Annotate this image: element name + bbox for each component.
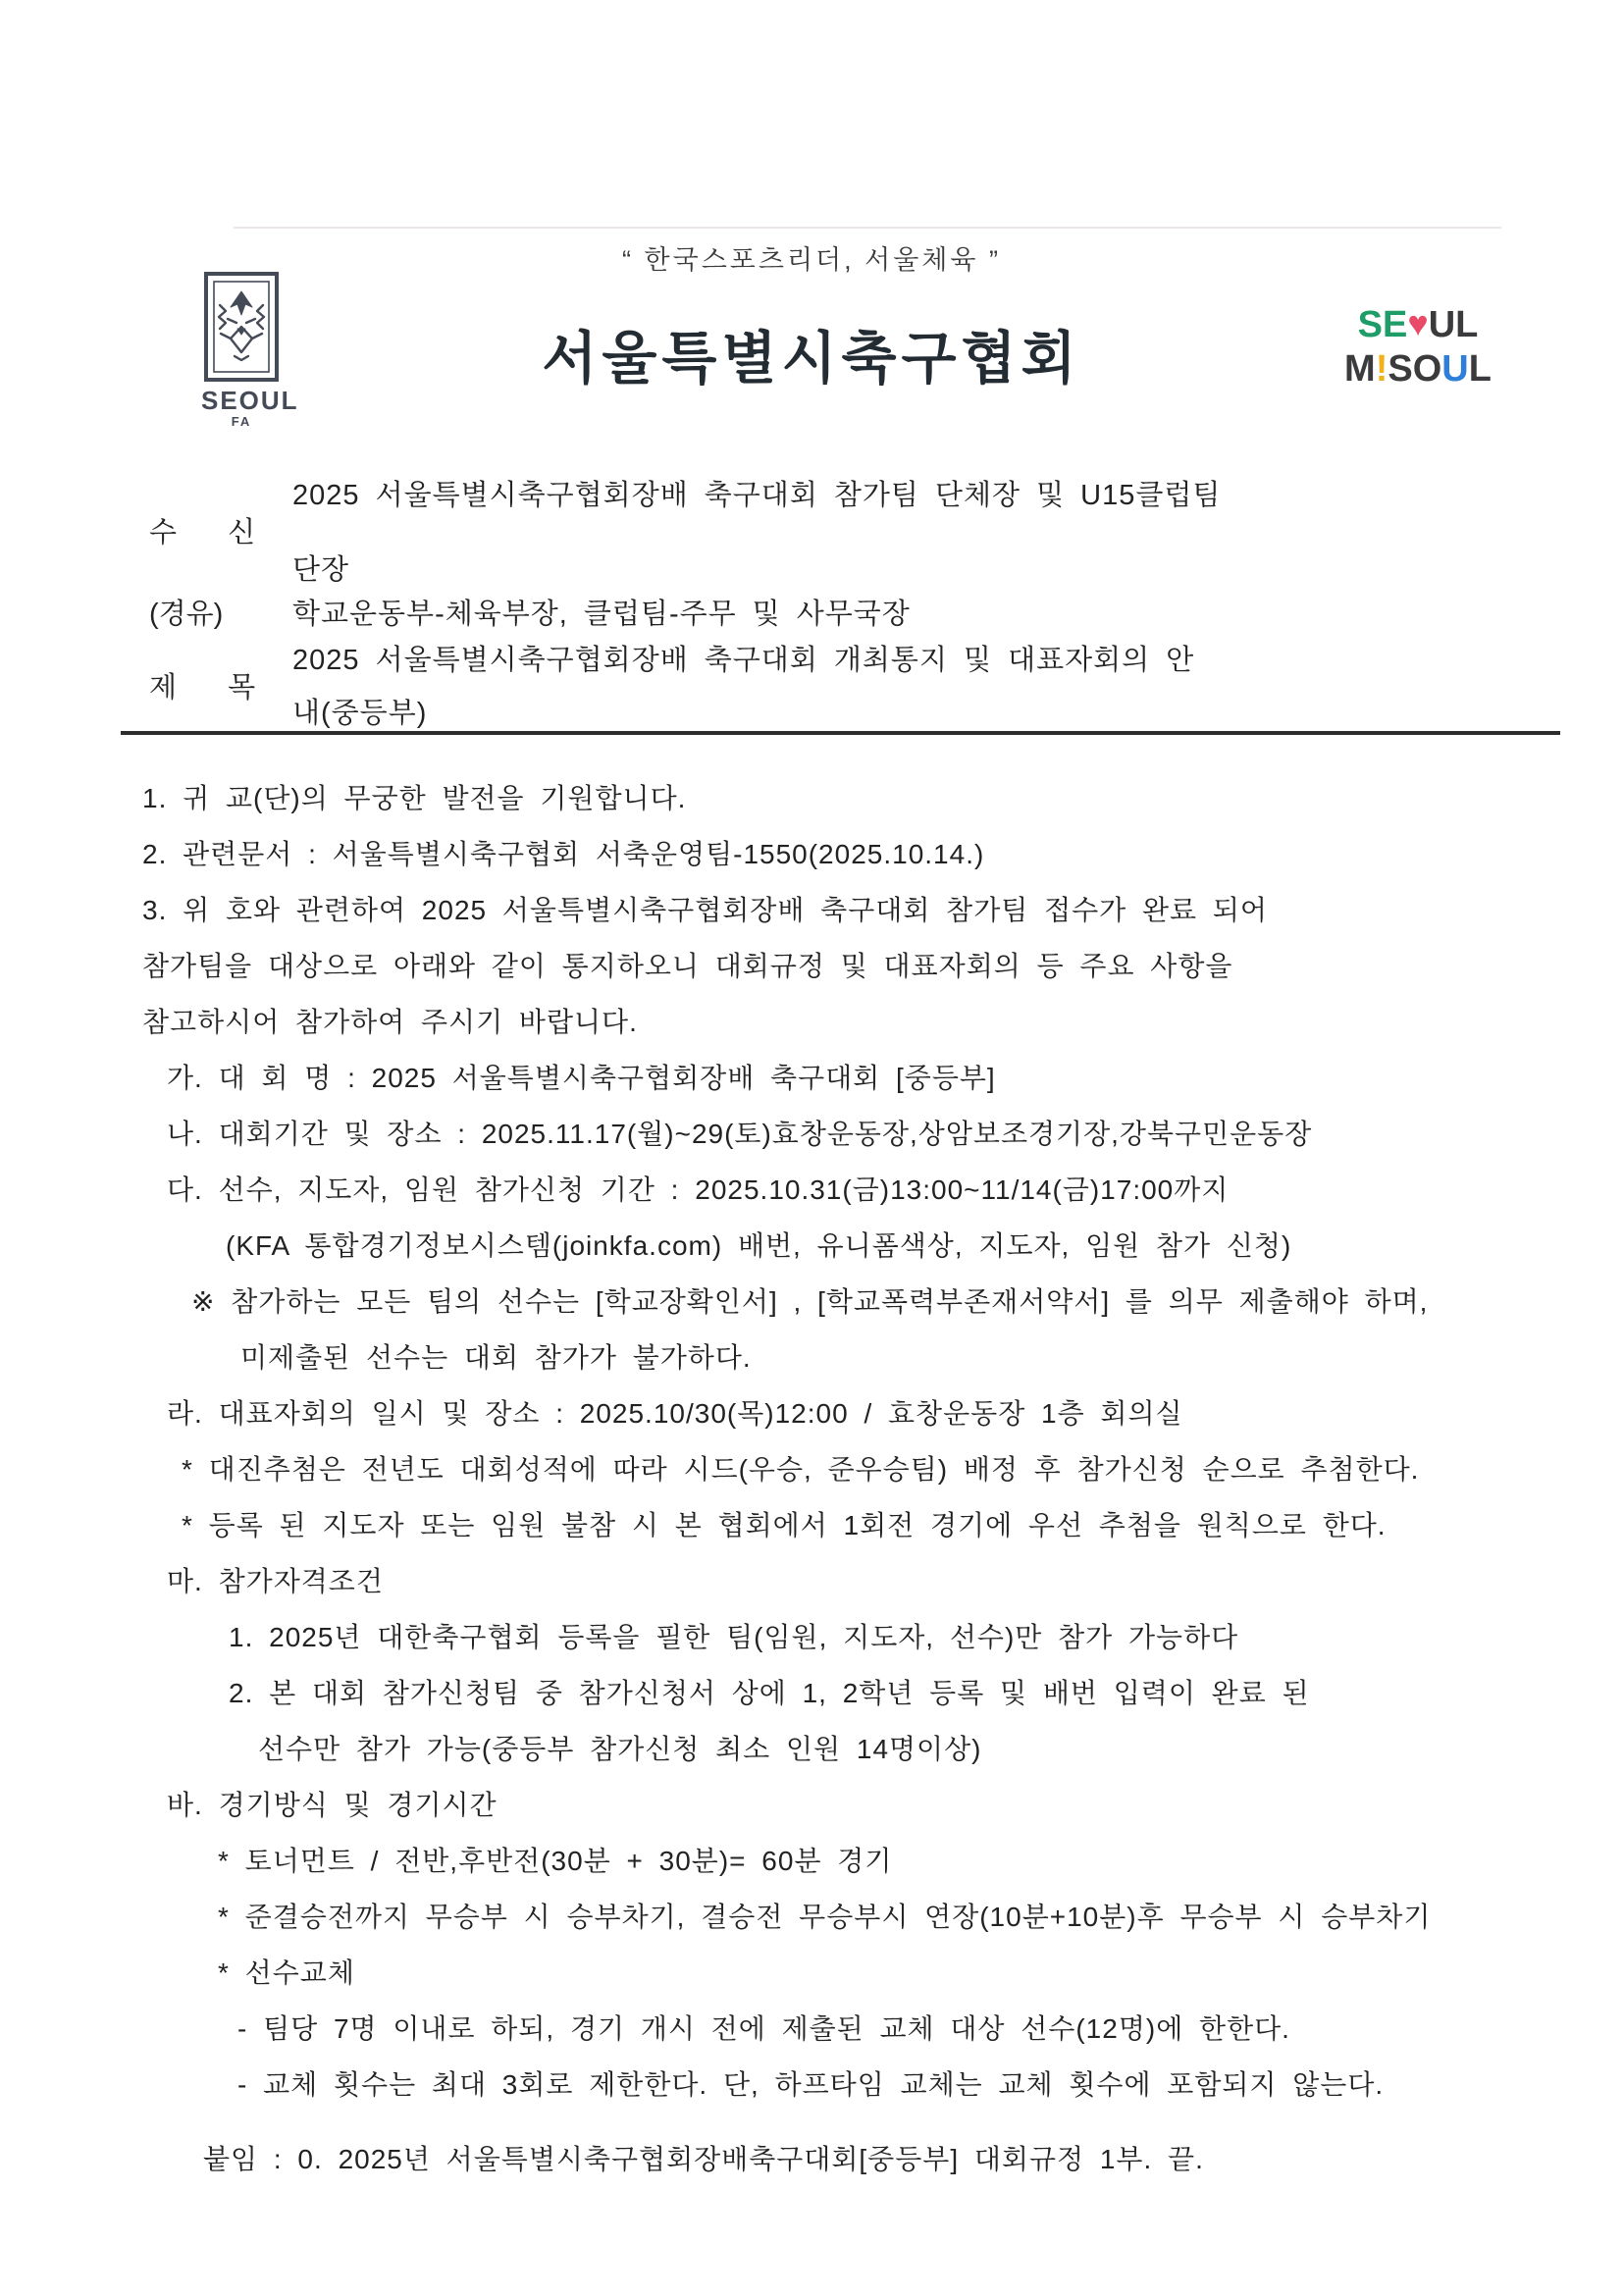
body-line: 가. 대 회 명 : 2025 서울특별시축구협회장배 축구대회 [중등부] (142, 1062, 1594, 1095)
scan-artifact-line (234, 227, 1501, 229)
seoul-my-soul-letter: S (1387, 347, 1412, 391)
body-line: 바. 경기방식 및 경기시간 (142, 1789, 1594, 1822)
body-line: (KFA 통합경기정보시스템(joinkfa.com) 배번, 유니폼색상, 지… (142, 1229, 1594, 1263)
body-line: * 선수교체 (142, 1957, 1594, 1990)
body-line: * 대진추첨은 전년도 대회성적에 따라 시드(우승, 준우승팀) 배정 후 참… (142, 1453, 1594, 1487)
body-line: 2. 본 대회 참가신청팀 중 참가신청서 상에 1, 2학년 등록 및 배번 … (142, 1677, 1594, 1710)
body-line: - 팀당 7명 이내로 하되, 경기 개시 전에 제출된 교체 대상 선수(12… (142, 2012, 1594, 2046)
field-subject-value-line2: 내(중등부) (292, 691, 427, 731)
body-line: ※ 참가하는 모든 팀의 선수는 [학교장확인서] , [학교폭력부존재서약서]… (142, 1285, 1594, 1319)
fa-logo-subtext: FA (201, 414, 282, 430)
body-line: * 등록 된 지도자 또는 임원 불참 시 본 협회에서 1회전 경기에 우선 … (142, 1509, 1594, 1542)
seoul-my-soul-letter: L (1455, 303, 1478, 347)
seoul-my-soul-letter: U (1429, 303, 1455, 347)
seoul-my-soul-letter: S (1358, 303, 1383, 347)
body-line: 라. 대표자회의 일시 및 장소 : 2025.10/30(목)12:00 / … (142, 1397, 1594, 1431)
field-subject-label: 제 목 (149, 665, 277, 705)
seoul-my-soul-logo: SE♥UL M!SOUL (1344, 302, 1492, 391)
seoul-my-soul-row1: SE♥UL (1344, 302, 1492, 347)
body-line: 나. 대회기간 및 장소 : 2025.11.17(월)~29(토)효창운동장,… (142, 1118, 1594, 1151)
body-line: 다. 선수, 지도자, 임원 참가신청 기간 : 2025.10.31(금)13… (142, 1174, 1594, 1207)
body-line: * 토너먼트 / 전반,후반전(30분 + 30분)= 60분 경기 (142, 1845, 1594, 1878)
body-line: 미제출된 선수는 대회 참가가 불가하다. (142, 1341, 1594, 1375)
body-line: 2. 관련문서 : 서울특별시축구협회 서축운영팀-1550(2025.10.1… (142, 838, 1594, 871)
body-line: 참고하시어 참가하여 주시기 바랍니다. (142, 1006, 1594, 1039)
field-recipient-value-line2: 단장 (292, 548, 349, 588)
field-via-value: 학교운동부-체육부장, 클럽팀-주무 및 사무국장 (292, 592, 911, 632)
seoul-my-soul-letter: ♥ (1407, 301, 1428, 345)
field-recipient-value-line1: 2025 서울특별시축구협회장배 축구대회 참가팀 단체장 및 U15클럽팀 (292, 473, 1221, 513)
document-page: “ 한국스포츠리더, 서울체육 ” S (0, 0, 1623, 2296)
field-via-label: (경유) (149, 592, 277, 632)
field-subject-value-line1: 2025 서울특별시축구협회장배 축구대회 개최통지 및 대표자회의 안 (292, 638, 1194, 678)
seoul-my-soul-letter: L (1469, 347, 1492, 391)
body-line: 선수만 참가 가능(중등부 참가신청 최소 인원 14명이상) (142, 1733, 1594, 1766)
seoul-my-soul-row2: M!SOUL (1344, 347, 1492, 391)
field-recipient-label: 수 신 (149, 510, 277, 550)
seoul-my-soul-letter: M (1344, 347, 1376, 391)
body-line: 1. 귀 교(단)의 무궁한 발전을 기원합니다. (142, 782, 1594, 815)
body-line: 참가팀을 대상으로 아래와 같이 통지하오니 대회규정 및 대표자회의 등 주요… (142, 950, 1594, 983)
seoul-my-soul-letter: O (1413, 347, 1442, 391)
body-line: 1. 2025년 대한축구협회 등록을 필한 팀(임원, 지도자, 선수)만 참… (142, 1621, 1594, 1654)
seoul-my-soul-letter: E (1383, 303, 1407, 347)
seoul-my-soul-letter: ! (1376, 347, 1388, 391)
body-line: 마. 참가자격조건 (142, 1565, 1594, 1598)
document-body: 1. 귀 교(단)의 무궁한 발전을 기원합니다.2. 관련문서 : 서울특별시… (142, 782, 1594, 2199)
seoul-my-soul-letter: U (1441, 347, 1468, 391)
body-line: 3. 위 호와 관련하여 2025 서울특별시축구협회장배 축구대회 참가팀 접… (142, 894, 1594, 927)
body-line: - 교체 횟수는 최대 3회로 제한한다. 단, 하프타임 교체는 교체 횟수에… (142, 2068, 1594, 2102)
body-line: * 준결승전까지 무승부 시 승부차기, 결승전 무승부시 연장(10분+10분… (142, 1901, 1594, 1934)
title-divider-rule (121, 731, 1560, 735)
attachment-line: 붙임 : 0. 2025년 서울특별시축구협회장배축구대회[중등부] 대회규정 … (142, 2143, 1594, 2176)
